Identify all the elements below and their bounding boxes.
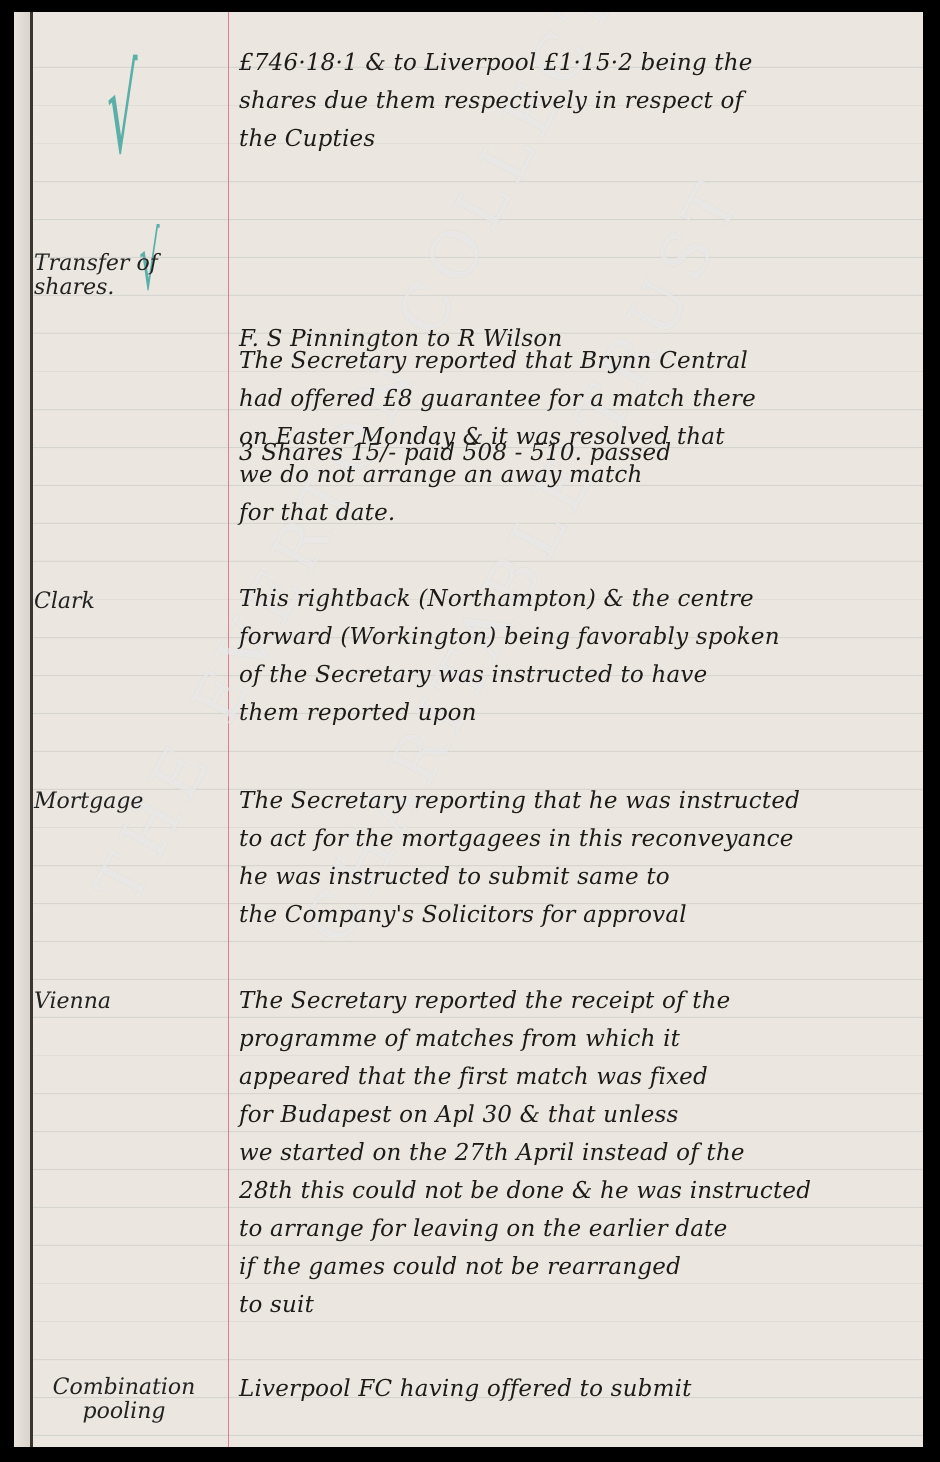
text-line: we started on the 27th April instead of … [239, 1134, 919, 1172]
text-line: The Secretary reporting that he was inst… [239, 782, 919, 820]
text-line: This rightback (Northampton) & the centr… [239, 580, 919, 618]
text-line: of the Secretary was instructed to have [239, 656, 919, 694]
text-line: shares due them respectively in respect … [239, 82, 919, 120]
text-line: had offered £8 guarantee for a match the… [239, 380, 919, 418]
text-line: programme of matches from which it [239, 1020, 919, 1058]
entry-body: The Secretary reporting that he was inst… [239, 782, 919, 934]
text-line: on Easter Monday & it was resolved that [239, 418, 919, 456]
entry-body: £746·18·1 & to Liverpool £1·15·2 being t… [239, 44, 919, 158]
entry-body: The Secretary reported that Brynn Centra… [239, 342, 919, 532]
text-line: £746·18·1 & to Liverpool £1·15·2 being t… [239, 44, 919, 82]
binding-edge [14, 12, 30, 1447]
text-line: them reported upon [239, 694, 919, 732]
text-line: we do not arrange an away match [239, 456, 919, 494]
ledger-page: THE EVERTON COLLECTION CHARITABLE TRUST … [14, 12, 923, 1447]
entry-body: This rightback (Northampton) & the centr… [239, 580, 919, 732]
text-line: to suit [239, 1286, 919, 1324]
text-line: for that date. [239, 494, 919, 532]
text-line: The Secretary reported that Brynn Centra… [239, 342, 919, 380]
text-line: Liverpool FC having offered to submit [239, 1370, 919, 1408]
red-margin-line [228, 12, 229, 1447]
text-line: if the games could not be rearranged [239, 1248, 919, 1286]
text-line: he was instructed to submit same to [239, 858, 919, 896]
binding-line [30, 12, 33, 1447]
text-line: to arrange for leaving on the earlier da… [239, 1210, 919, 1248]
text-line: forward (Workington) being favorably spo… [239, 618, 919, 656]
entry-label: Clark [34, 590, 224, 614]
text-line: The Secretary reported the receipt of th… [239, 982, 919, 1020]
entry-label: Transfer of shares. [34, 252, 204, 300]
text-line: for Budapest on Apl 30 & that unless [239, 1096, 919, 1134]
entry-label: Mortgage [34, 790, 224, 814]
entry-body: Liverpool FC having offered to submit [239, 1370, 919, 1408]
text-line: appeared that the first match was fixed [239, 1058, 919, 1096]
check-mark-icon: √ [107, 52, 138, 172]
entry-label: Combination pooling [34, 1376, 214, 1424]
entry-body: The Secretary reported the receipt of th… [239, 982, 919, 1324]
text-line: the Cupties [239, 120, 919, 158]
entry-label: Vienna [34, 990, 224, 1014]
text-line: 28th this could not be done & he was ins… [239, 1172, 919, 1210]
text-line: the Company's Solicitors for approval [239, 896, 919, 934]
text-line: to act for the mortgagees in this reconv… [239, 820, 919, 858]
